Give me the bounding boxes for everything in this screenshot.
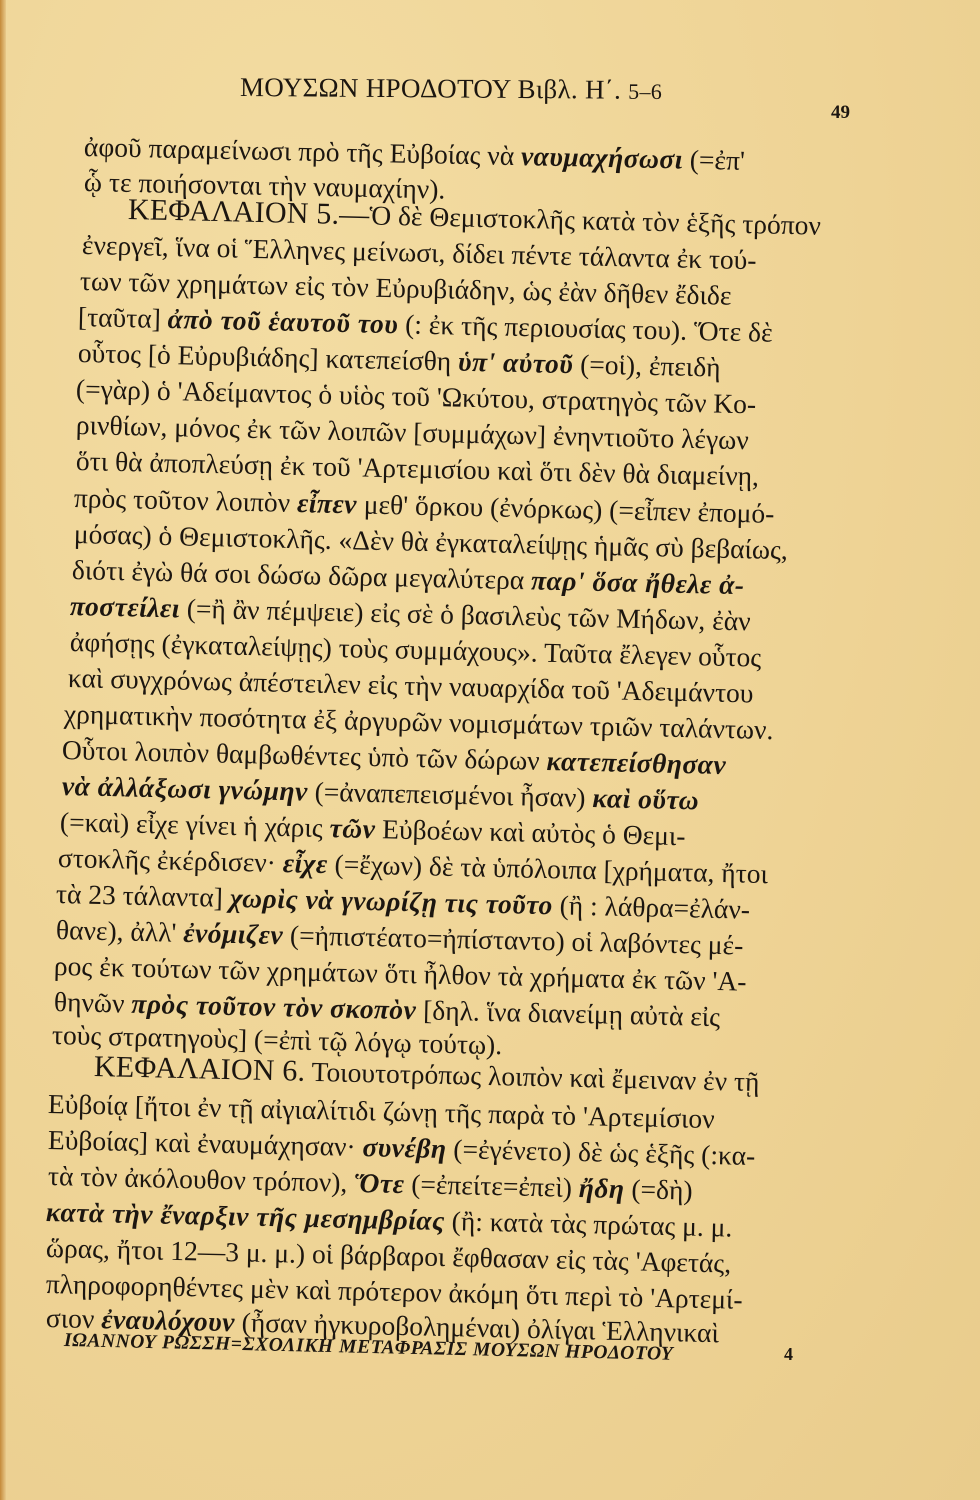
emphasized-phrase: ἤδη [578, 1172, 624, 1204]
emphasized-phrase: ποστείλει [70, 590, 181, 623]
emphasized-phrase: ἐνόμιζεν [183, 917, 283, 950]
emphasized-phrase: συνέβη [362, 1131, 447, 1164]
emphasized-phrase: εἶπεν [297, 487, 358, 519]
emphasized-phrase: χωρὶς νὰ γνωρίζῃ τις τοῦτο [229, 882, 553, 920]
emphasized-phrase: κατὰ τὴν ἔναρξιν τῆς μεσημβρίας [46, 1196, 446, 1236]
emphasized-phrase: πρὸς τοῦτον τὸν σκοπὸν [131, 988, 417, 1025]
text-segment: μεθ' ὅρκου (ἐνόρκως) (=εἶπεν ἐπομό- [357, 488, 775, 528]
chapter-heading: ΚΕΦΑΛΑΙΟΝ 5.— [128, 193, 370, 231]
text-segment: οὗτος [ὁ Εὐρυβιάδης] κατεπείσθη [78, 337, 459, 377]
emphasized-phrase: παρ' ὅσα ἤθελε ἀ- [531, 564, 745, 600]
emphasized-phrase: ναυμαχήσωσι [521, 140, 684, 174]
text-segment: [ταῦτα] [78, 301, 168, 334]
text-segment: (=ἀναπεπεισμένοι ἦσαν) [307, 776, 592, 813]
text-segment: (=ἐπ' [683, 144, 746, 176]
text-segment: Ὁ δὲ Θεμιστοκλῆς κατὰ τὸν ἑξῆς τρόπον [369, 199, 821, 240]
emphasized-phrase: νὰ ἀλλάξωσι γνώμην [62, 770, 308, 807]
text-segment: (=ἐπείτε=ἐπεὶ) [404, 1168, 579, 1203]
chapter-heading: ΚΕΦΑΛΑΙΟΝ 6. [94, 1050, 306, 1088]
text-segment: πρὸς τοῦτον λοιπὸν [74, 482, 298, 518]
emphasized-phrase: Ὅτε [354, 1167, 405, 1199]
text-segment: (=καὶ) εἶχε γίνει ἡ χάρις [60, 806, 330, 843]
text-segment: Εὐβοίας] καὶ ἐναυμάχησαν· [48, 1124, 363, 1162]
text-segment: (=ἠπιστέατο=ἠπίσταντο) οἱ λαβόντες μέ- [283, 919, 744, 960]
text-segment: (=ἐγένετο) δὲ ὡς ἑξῆς (:κα- [446, 1133, 755, 1171]
signature-mark: 4 [784, 1344, 793, 1365]
text-segment: Εὐβοέων καὶ αὐτὸς ὁ Θεμι- [375, 813, 686, 851]
emphasized-phrase: κατεπείσθησαν [546, 745, 726, 780]
text-segment: Τοιουτοτρόπως λοιπὸν καὶ ἔμειναν ἐν τῇ [305, 1056, 760, 1097]
text-segment: ἀφοῦ παραμείνωσι πρὸ τῆς Εὐβοίας νὰ [84, 131, 522, 171]
text-segment: (ἢ: κατὰ τὰς πρώτας μ. μ. [445, 1205, 733, 1243]
text-segment: (ἢ : λάθρα=ἐλάν- [552, 889, 750, 924]
text-segment: στοκλῆς ἐκέρδισεν· [58, 842, 283, 878]
text-segment: διότι ἐγὼ θά σοι δώσω δῶρα μεγαλύτερα [72, 554, 532, 595]
emphasized-phrase: τῶν [329, 812, 376, 844]
emphasized-phrase: ἀπὸ τοῦ ἑαυτοῦ του [167, 303, 398, 339]
emphasized-phrase: ὑπ' αὐτοῦ [458, 346, 574, 380]
text-segment: (: ἐκ τῆς περιουσίας του). Ὅτε δὲ [398, 308, 773, 347]
emphasized-phrase: καὶ οὕτω [592, 782, 699, 815]
text-segment: (=ἔχων) δὲ τὰ ὑπόλοιπα [χρήματα, ἤτοι [327, 848, 768, 889]
text-segment: τὰ τὸν ἀκόλουθον τρόπον), [48, 1160, 355, 1198]
emphasized-phrase: εἶχε [282, 847, 328, 879]
text-segment: (=δὴ) [624, 1173, 693, 1206]
text-segment: (=οἱ), ἐπειδὴ [573, 348, 721, 382]
text-segment: τὰ 23 τάλαντα] [56, 878, 231, 913]
text-segment: θηνῶν [54, 986, 132, 1019]
text-segment: θανε), ἀλλ' [56, 914, 184, 948]
body-text: ἀφοῦ παραμείνωσι πρὸ τῆς Εὐβοίας νὰ ναυμ… [0, 0, 980, 1500]
